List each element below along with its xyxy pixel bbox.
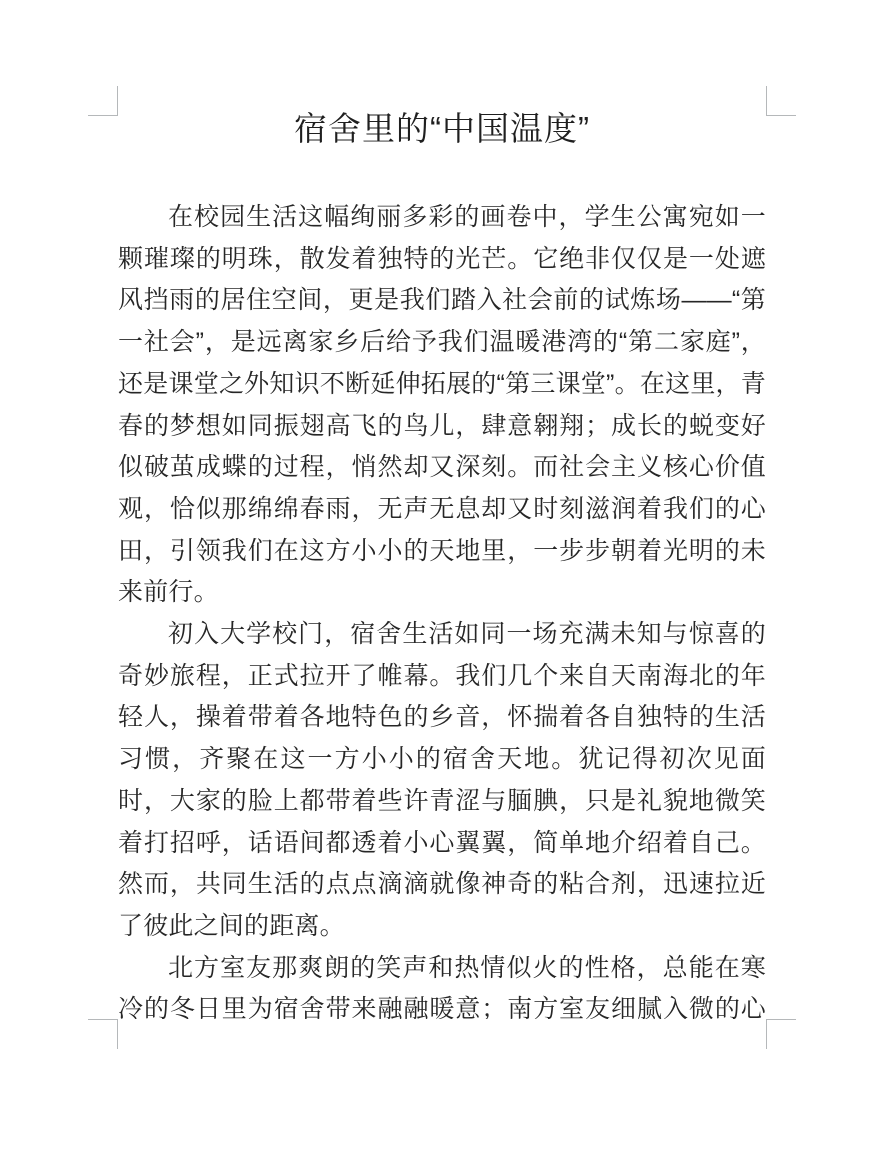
- margin-corner-mark-top-left: [88, 86, 118, 116]
- paragraph: 北方室友那爽朗的笑声和热情似火的性格，总能在寒冷的冬日里为宿舍带来融融暖意；南方…: [118, 948, 766, 1019]
- page-title: 宿舍里的“中国温度”: [118, 106, 766, 152]
- document-page: 宿舍里的“中国温度” 在校园生活这幅绚丽多彩的画卷中，学生公寓宛如一颗璀璨的明珠…: [0, 0, 876, 1154]
- document-body: 在校园生活这幅绚丽多彩的画卷中，学生公寓宛如一颗璀璨的明珠，散发着独特的光芒。它…: [118, 197, 766, 1019]
- margin-corner-mark-top-right: [766, 86, 796, 116]
- margin-corner-mark-bottom-left: [88, 1019, 118, 1049]
- margin-corner-mark-bottom-right: [766, 1019, 796, 1049]
- paragraph: 初入大学校门，宿舍生活如同一场充满未知与惊喜的奇妙旅程，正式拉开了帷幕。我们几个…: [118, 614, 766, 948]
- paragraph: 在校园生活这幅绚丽多彩的画卷中，学生公寓宛如一颗璀璨的明珠，散发着独特的光芒。它…: [118, 197, 766, 614]
